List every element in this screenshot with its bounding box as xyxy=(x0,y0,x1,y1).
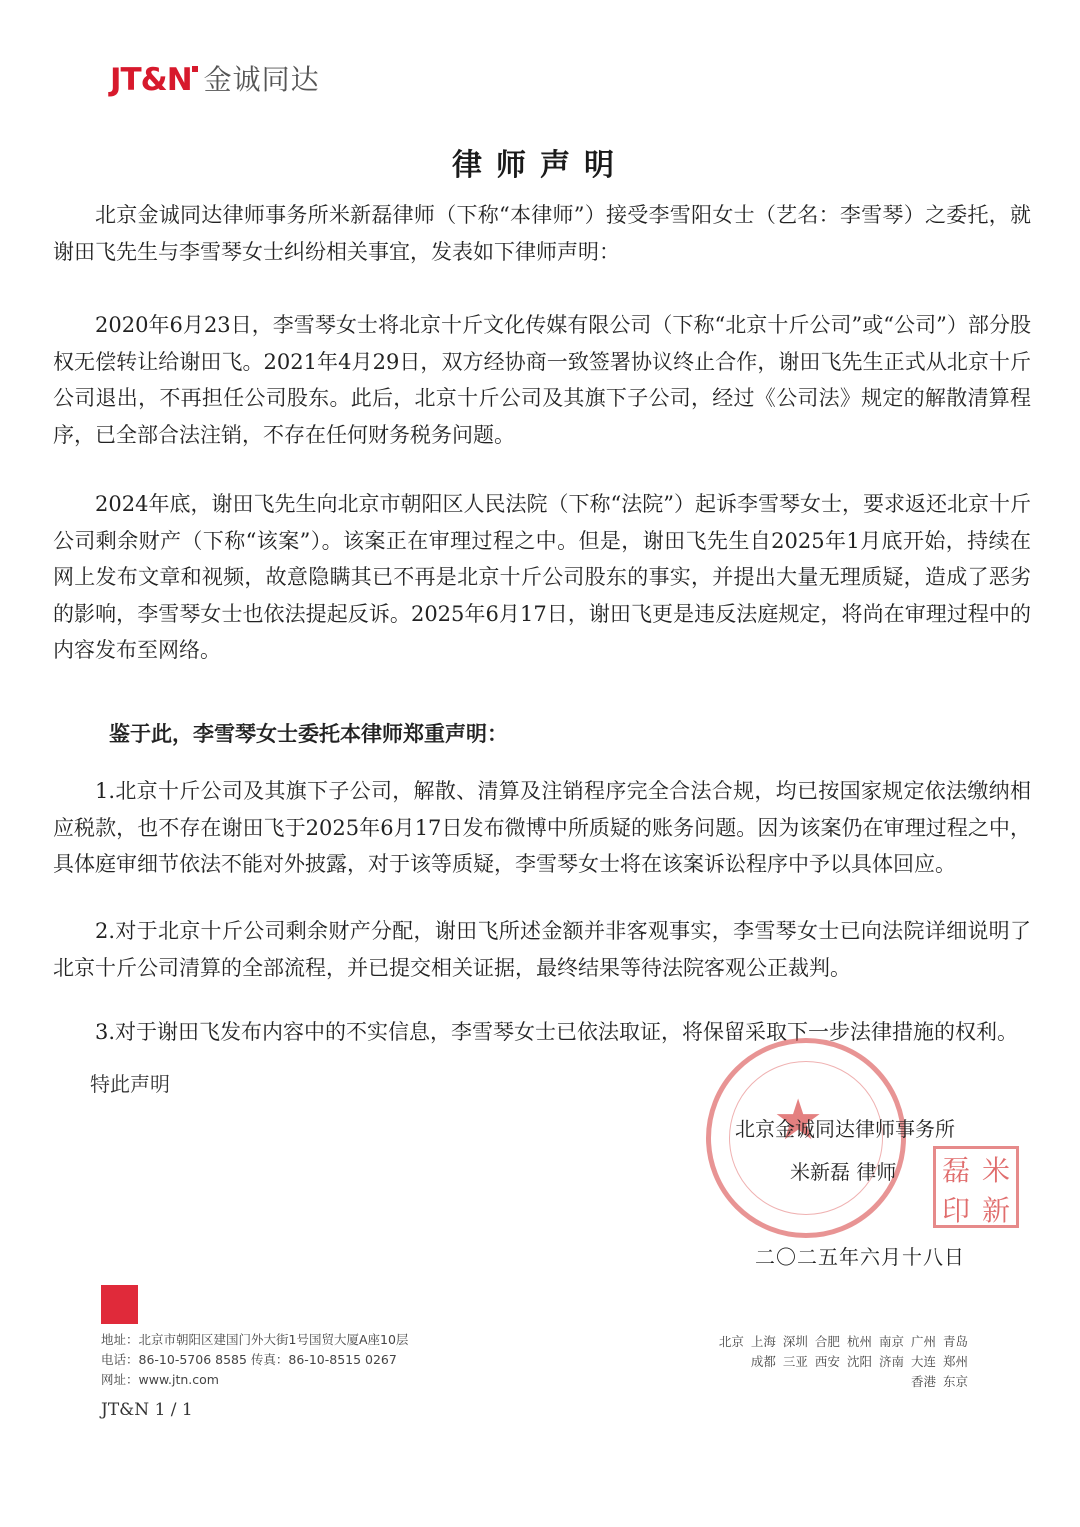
letterhead-logo: JT&N 金诚同达 xyxy=(110,62,320,98)
city: 北京 xyxy=(719,1334,744,1349)
city: 沈阳 xyxy=(847,1354,872,1369)
city: 三亚 xyxy=(783,1354,808,1369)
seal-char: 磊 xyxy=(936,1149,976,1189)
city: 大连 xyxy=(911,1354,936,1369)
logo-en-text: JT&N xyxy=(110,62,192,98)
closing-text: 特此声明 xyxy=(90,1068,170,1097)
city: 郑州 xyxy=(943,1354,968,1369)
signature-firm: 北京金诚同达律师事务所 xyxy=(735,1113,955,1142)
city: 香港 xyxy=(911,1374,936,1389)
city: 广州 xyxy=(911,1334,936,1349)
page-number: JT&N 1 / 1 xyxy=(101,1400,193,1420)
city: 深圳 xyxy=(783,1334,808,1349)
lawsuit-paragraph: 2024年底，谢田飞先生向北京市朝阳区人民法院（下称“法院”）起诉李雪琴女士，要… xyxy=(53,486,1031,669)
statement-item-3: 3.对于谢田飞发布内容中的不实信息，李雪琴女士已依法取证，将保留采取下一步法律措… xyxy=(53,1014,1031,1051)
seal-char: 印 xyxy=(936,1189,976,1229)
city: 杭州 xyxy=(847,1334,872,1349)
city: 合肥 xyxy=(815,1334,840,1349)
background-paragraph: 2020年6月23日，李雪琴女士将北京十斤文化传媒有限公司（下称“北京十斤公司”… xyxy=(53,307,1031,453)
city-row: 成都三亚西安沈阳济南大连郑州 xyxy=(712,1352,968,1372)
signature-date: 二〇二五年六月十八日 xyxy=(755,1241,965,1270)
footer-website[interactable]: 网址：www.jtn.com xyxy=(101,1370,408,1390)
signature-lawyer: 米新磊 律师 xyxy=(790,1156,896,1185)
footer-city-list: 北京上海深圳合肥杭州南京广州青岛 成都三亚西安沈阳济南大连郑州 香港东京 xyxy=(712,1332,968,1392)
document-title: 律师声明 xyxy=(0,140,1080,184)
lawyer-square-seal: 磊 米 印 新 xyxy=(933,1146,1019,1228)
city: 西安 xyxy=(815,1354,840,1369)
footer-red-square-icon xyxy=(101,1285,138,1324)
city: 南京 xyxy=(879,1334,904,1349)
footer-address: 地址：北京市朝阳区建国门外大街1号国贸大厦A座10层 xyxy=(101,1330,408,1350)
city: 上海 xyxy=(751,1334,776,1349)
city: 成都 xyxy=(751,1354,776,1369)
intro-paragraph: 北京金诚同达律师事务所米新磊律师（下称“本律师”）接受李雪阳女士（艺名：李雪琴）… xyxy=(53,197,1031,270)
statement-item-2: 2.对于北京十斤公司剩余财产分配，谢田飞所述金额并非客观事实，李雪琴女士已向法院… xyxy=(53,913,1031,986)
city-row: 北京上海深圳合肥杭州南京广州青岛 xyxy=(712,1332,968,1352)
footer-phone: 电话：86-10-5706 8585 传真：86-10-8515 0267 xyxy=(101,1350,408,1370)
seal-char: 米 xyxy=(976,1149,1016,1189)
city: 东京 xyxy=(943,1374,968,1389)
city: 青岛 xyxy=(943,1334,968,1349)
statement-item-1: 1.北京十斤公司及其旗下子公司，解散、清算及注销程序完全合法合规，均已按国家规定… xyxy=(53,773,1031,883)
city: 济南 xyxy=(879,1354,904,1369)
logo-dot-icon xyxy=(192,66,198,72)
declaration-heading: 鉴于此，李雪琴女士委托本律师郑重声明： xyxy=(53,716,1031,753)
city-row: 香港东京 xyxy=(712,1372,968,1392)
footer-contact: 地址：北京市朝阳区建国门外大街1号国贸大厦A座10层 电话：86-10-5706… xyxy=(101,1330,408,1390)
logo-cn-text: 金诚同达 xyxy=(204,62,320,98)
seal-char: 新 xyxy=(976,1189,1016,1229)
